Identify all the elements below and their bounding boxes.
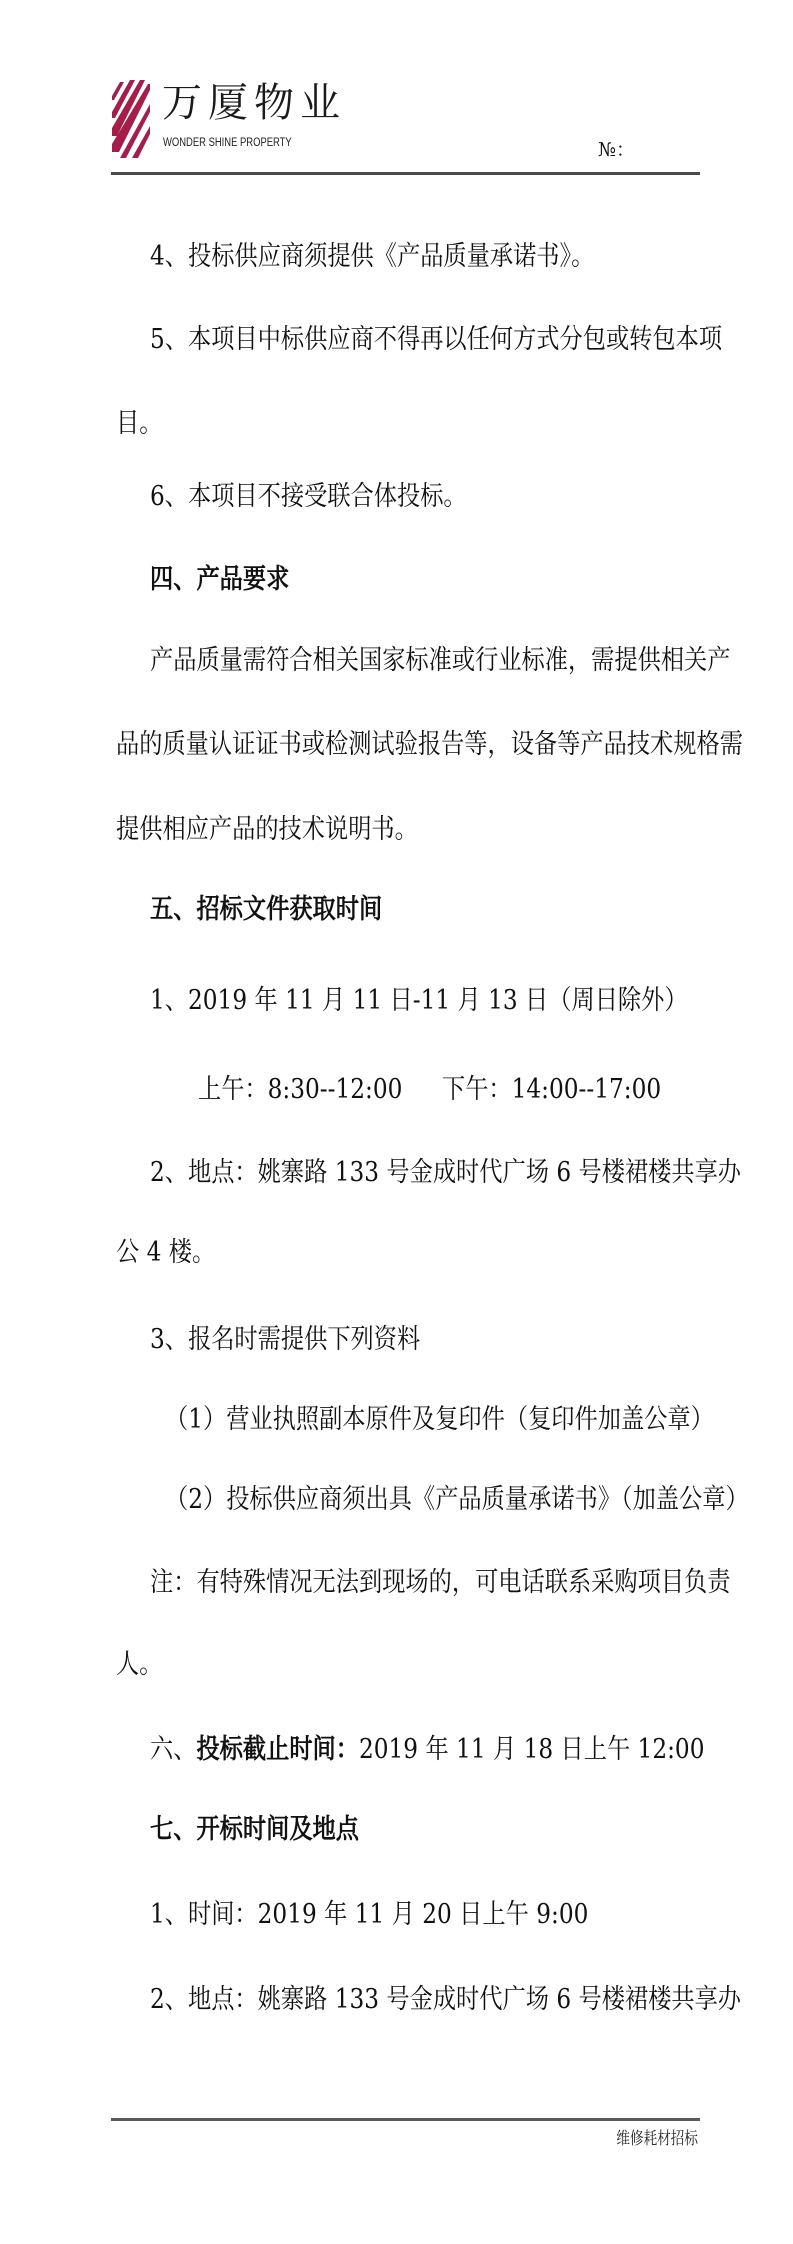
document-number-label: №： (598, 138, 635, 162)
header-divider (111, 172, 700, 175)
morning-hours: 上午：8:30--12:00 (198, 1074, 402, 1105)
diagonal-stripes-logo-icon (112, 80, 150, 158)
collection-hours: 上午：8:30--12:00下午：14:00--17:00 (198, 1072, 661, 1108)
document-page: 万厦物业 WONDER SHINE PROPERTY №： 4、投标供应商须提供… (0, 0, 793, 2244)
registration-material-1: （1）营业执照副本原件及复印件（复印件加盖公章） (165, 1402, 714, 1438)
product-requirements-paragraph-line-2: 品的质量认证证书或检测试验报告等，设备等产品技术规格需 (116, 727, 743, 763)
registration-material-2: （2）投标供应商须出具《产品质量承诺书》（加盖公章） (165, 1482, 749, 1518)
clause-4: 4、投标供应商须提供《产品质量承诺书》。 (150, 239, 594, 275)
clause-5-continued: 目。 (116, 406, 162, 442)
note-line-2: 人。 (116, 1647, 162, 1683)
section-heading-bid-opening: 七、开标时间及地点 (150, 1812, 359, 1848)
collection-location: 2、地点：姚寨路 133 号金成时代广场 6 号楼裙楼共享办 (150, 1155, 741, 1191)
product-requirements-paragraph-line-3: 提供相应产品的技术说明书。 (116, 812, 418, 848)
logo-chinese-name: 万厦物业 (162, 78, 346, 128)
bid-opening-location: 2、地点：姚寨路 133 号金成时代广场 6 号楼裙楼共享办 (150, 1982, 741, 2018)
afternoon-hours: 下午：14:00--17:00 (442, 1074, 661, 1105)
note-line-1: 注：有特殊情况无法到现场的，可电话联系采购项目负责 (150, 1565, 731, 1601)
bid-deadline-label: 投标截止时间： (196, 1734, 359, 1765)
bid-opening-time: 1、时间：2019 年 11 月 20 日上午 9:00 (150, 1897, 588, 1933)
footer-document-title: 维修耗材招标 (616, 2126, 698, 2152)
clause-5: 5、本项目中标供应商不得再以任何方式分包或转包本项 (150, 322, 722, 358)
bid-deadline: 六、投标截止时间：2019 年 11 月 18 日上午 12:00 (150, 1732, 704, 1768)
collection-date-range: 1、2019 年 11 月 11 日-11 月 13 日（周日除外） (150, 983, 688, 1019)
product-requirements-paragraph-line-1: 产品质量需符合相关国家标准或行业标准，需提供相关产 (150, 643, 731, 679)
section-heading-document-collection-time: 五、招标文件获取时间 (150, 892, 382, 928)
clause-6: 6、本项目不接受联合体投标。 (150, 479, 467, 515)
company-logo: 万厦物业 WONDER SHINE PROPERTY (112, 78, 312, 160)
collection-location-continued: 公 4 楼。 (116, 1235, 215, 1271)
footer-divider (111, 2118, 700, 2121)
section-heading-product-requirements: 四、产品要求 (150, 562, 289, 598)
bid-deadline-value: 2019 年 11 月 18 日上午 12:00 (359, 1734, 704, 1765)
bid-deadline-prefix: 六、 (150, 1734, 196, 1765)
registration-materials-heading: 3、报名时需提供下列资料 (150, 1322, 420, 1358)
logo-english-name: WONDER SHINE PROPERTY (163, 136, 292, 150)
